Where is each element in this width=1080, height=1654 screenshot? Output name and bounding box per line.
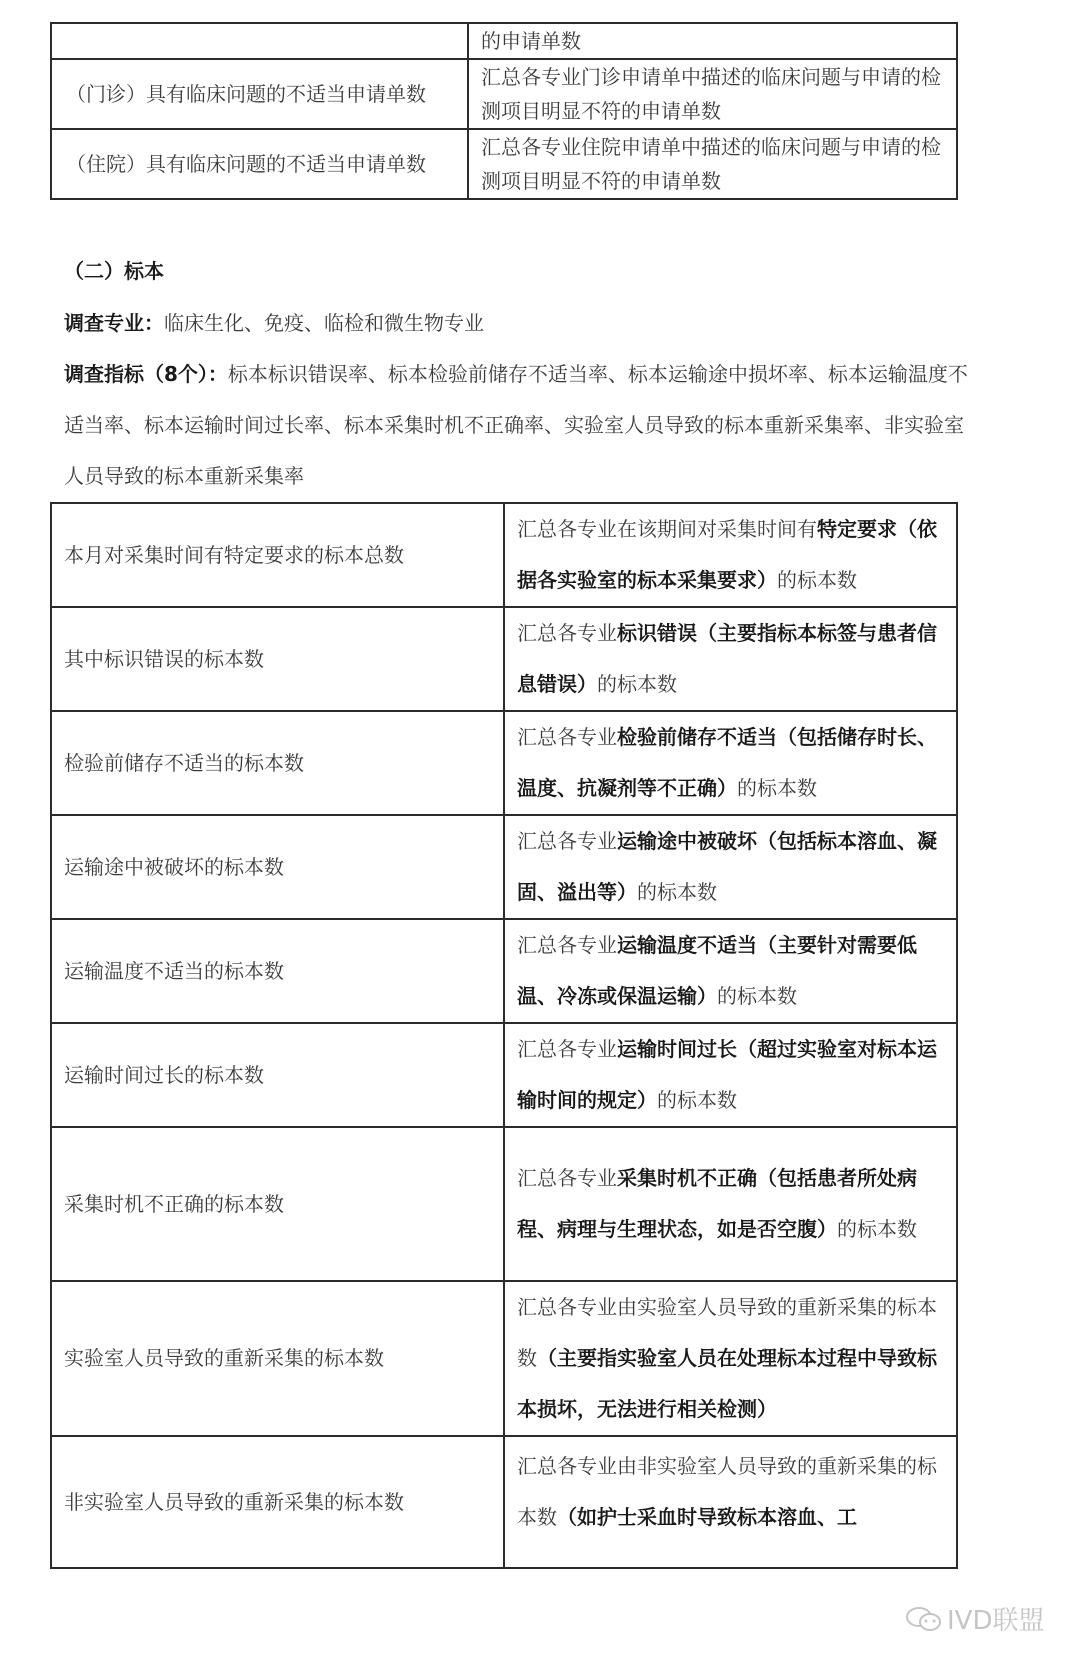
top-table: 的申请单数 （门诊）具有临床问题的不适当申请单数 汇总各专业门诊申请单中描述的临… <box>50 22 958 200</box>
wechat-icon <box>905 1606 943 1632</box>
table-row: 的申请单数 <box>51 23 957 59</box>
table-row: 其中标识错误的标本数 汇总各专业标识错误（主要指标本标签与患者信息错误）的标本数 <box>51 607 957 711</box>
table-row: （住院）具有临床问题的不适当申请单数 汇总各专业住院申请单中描述的临床问题与申请… <box>51 129 957 199</box>
indicator-desc: 汇总各专业检验前储存不适当（包括储存时长、温度、抗凝剂等不正确）的标本数 <box>504 711 957 815</box>
indicator-name: 运输时间过长的标本数 <box>51 1023 504 1127</box>
table-row: 运输时间过长的标本数 汇总各专业运输时间过长（超过实验室对标本运输时间的规定）的… <box>51 1023 957 1127</box>
indicators-paragraph: 调查指标（8个）：标本标识错误率、标本检验前储存不适当率、标本运输途中损坏率、标… <box>64 349 969 502</box>
watermark-text: IVD联盟 <box>947 1600 1044 1637</box>
indicator-desc: 汇总各专业采集时机不正确（包括患者所处病程、病理与生理状态，如是否空腹）的标本数 <box>504 1127 957 1281</box>
indicator-name <box>51 23 468 59</box>
specialty-value: 临床生化、免疫、临检和微生物专业 <box>164 311 484 335</box>
specialty-label: 调查专业： <box>64 311 164 335</box>
indicator-name: 检验前储存不适当的标本数 <box>51 711 504 815</box>
table-row: 采集时机不正确的标本数 汇总各专业采集时机不正确（包括患者所处病程、病理与生理状… <box>51 1127 957 1281</box>
indicator-name: 运输温度不适当的标本数 <box>51 919 504 1023</box>
indicator-desc: 汇总各专业门诊申请单中描述的临床问题与申请的检测项目明显不符的申请单数 <box>468 59 957 129</box>
specialty-paragraph: 调查专业：临床生化、免疫、临检和微生物专业 <box>64 298 969 349</box>
indicator-name: （住院）具有临床问题的不适当申请单数 <box>51 129 468 199</box>
indicator-desc: 汇总各专业由非实验室人员导致的重新采集的标本数（如护士采血时导致标本溶血、工 <box>504 1436 957 1568</box>
indicator-name: 本月对采集时间有特定要求的标本总数 <box>51 503 504 607</box>
table-row: 本月对采集时间有特定要求的标本总数 汇总各专业在该期间对采集时间有特定要求（依据… <box>51 503 957 607</box>
indicator-desc: 汇总各专业运输途中被破坏（包括标本溶血、凝固、溢出等）的标本数 <box>504 815 957 919</box>
indicator-desc: 汇总各专业运输温度不适当（主要针对需要低温、冷冻或保温运输）的标本数 <box>504 919 957 1023</box>
table-row: 非实验室人员导致的重新采集的标本数 汇总各专业由非实验室人员导致的重新采集的标本… <box>51 1436 957 1568</box>
table-row: 运输温度不适当的标本数 汇总各专业运输温度不适当（主要针对需要低温、冷冻或保温运… <box>51 919 957 1023</box>
section-heading: （二）标本 <box>64 255 164 284</box>
indicator-desc: 汇总各专业运输时间过长（超过实验室对标本运输时间的规定）的标本数 <box>504 1023 957 1127</box>
watermark: IVD联盟 <box>905 1600 1044 1637</box>
table-row: 运输途中被破坏的标本数 汇总各专业运输途中被破坏（包括标本溶血、凝固、溢出等）的… <box>51 815 957 919</box>
table-row: （门诊）具有临床问题的不适当申请单数 汇总各专业门诊申请单中描述的临床问题与申请… <box>51 59 957 129</box>
indicators-label: 调查指标（8个）： <box>64 362 228 386</box>
indicator-name: 采集时机不正确的标本数 <box>51 1127 504 1281</box>
indicator-desc: 汇总各专业由实验室人员导致的重新采集的标本数（主要指实验室人员在处理标本过程中导… <box>504 1281 957 1436</box>
indicator-name: 非实验室人员导致的重新采集的标本数 <box>51 1436 504 1568</box>
indicator-desc: 汇总各专业标识错误（主要指标本标签与患者信息错误）的标本数 <box>504 607 957 711</box>
indicator-desc: 的申请单数 <box>468 23 957 59</box>
table-row: 实验室人员导致的重新采集的标本数 汇总各专业由实验室人员导致的重新采集的标本数（… <box>51 1281 957 1436</box>
indicator-name: 运输途中被破坏的标本数 <box>51 815 504 919</box>
indicator-name: 其中标识错误的标本数 <box>51 607 504 711</box>
indicator-name: 实验室人员导致的重新采集的标本数 <box>51 1281 504 1436</box>
indicator-desc: 汇总各专业住院申请单中描述的临床问题与申请的检测项目明显不符的申请单数 <box>468 129 957 199</box>
indicator-desc: 汇总各专业在该期间对采集时间有特定要求（依据各实验室的标本采集要求）的标本数 <box>504 503 957 607</box>
table-row: 检验前储存不适当的标本数 汇总各专业检验前储存不适当（包括储存时长、温度、抗凝剂… <box>51 711 957 815</box>
specimen-indicator-table: 本月对采集时间有特定要求的标本总数 汇总各专业在该期间对采集时间有特定要求（依据… <box>50 502 958 1569</box>
indicator-name: （门诊）具有临床问题的不适当申请单数 <box>51 59 468 129</box>
